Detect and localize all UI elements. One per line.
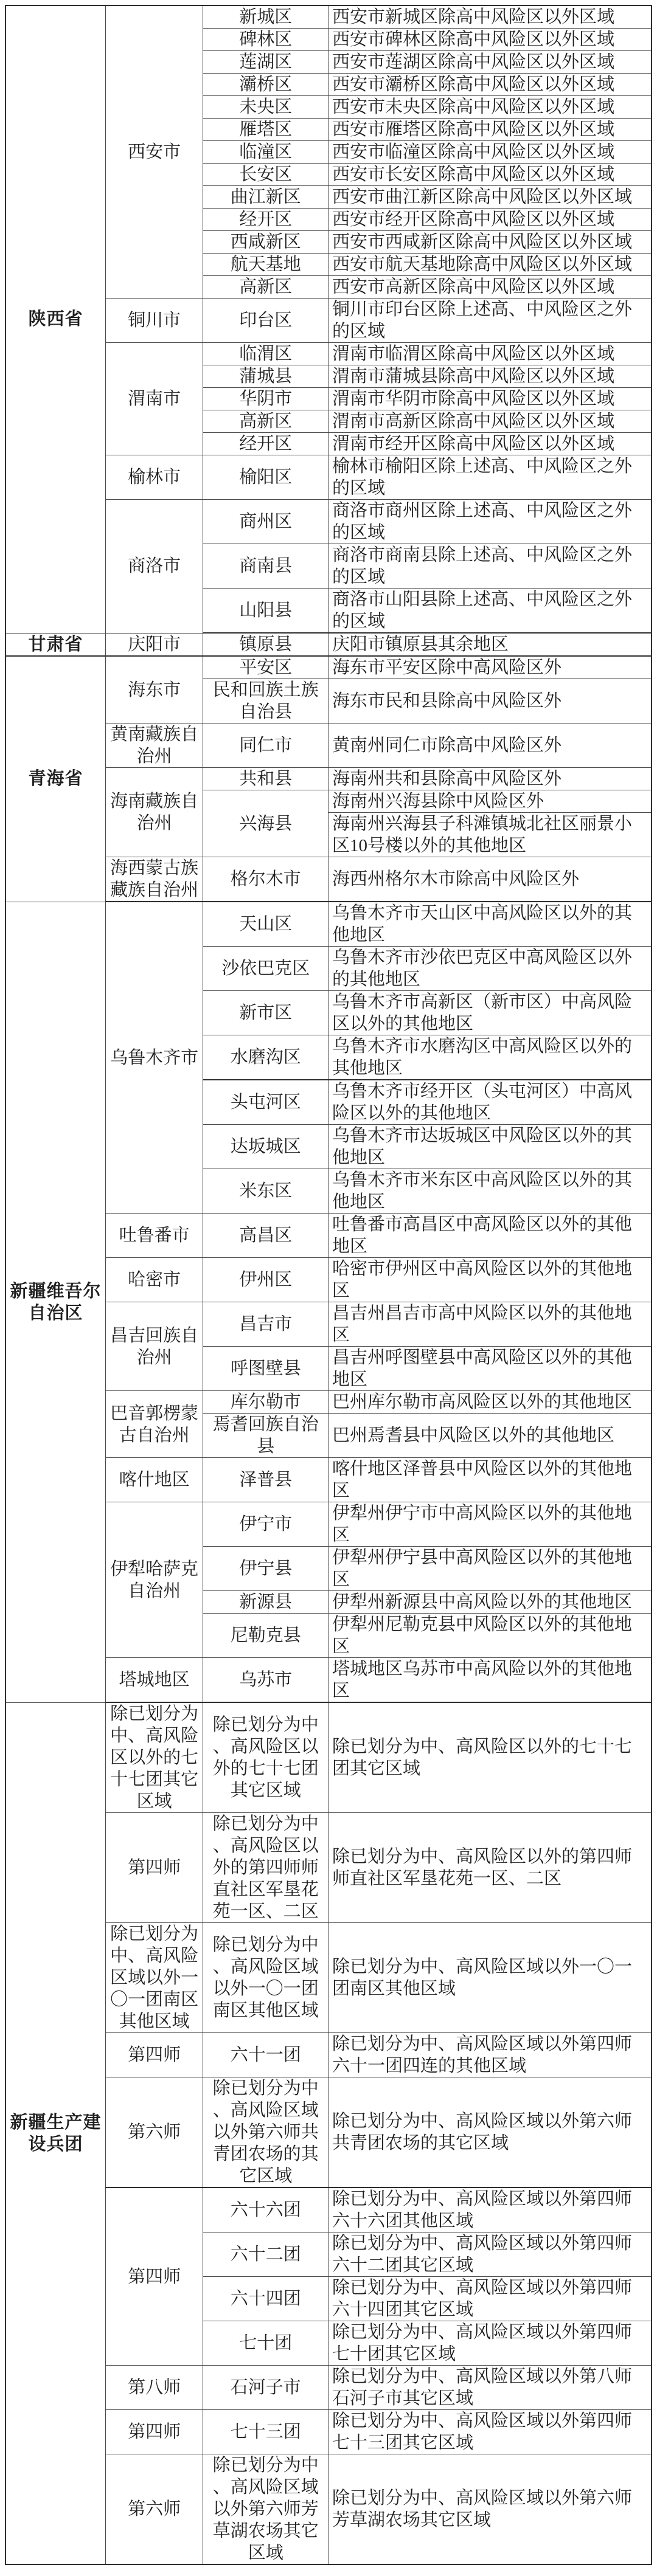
- province-cell: 甘肃省: [5, 633, 105, 656]
- district-cell: 新源县: [203, 1591, 328, 1614]
- city-cell: 海西蒙古族藏族自治州: [105, 857, 203, 902]
- desc-cell: 除已划分为中、高风险区域以外第四师六十四团其它区域: [328, 2277, 652, 2321]
- desc-cell: 西安市长安区除高中风险区以外区域: [328, 164, 652, 186]
- district-cell: 高新区: [203, 276, 328, 299]
- desc-cell: 渭南市华阴市除高中风险区以外区域: [328, 388, 652, 410]
- district-cell: 伊宁县: [203, 1547, 328, 1591]
- desc-cell: 伊犁州尼勒克县中风险区以外的其他地区: [328, 1614, 652, 1658]
- desc-cell: 除已划分为中、高风险区域以外第四师七十三团其它区域: [328, 2410, 652, 2454]
- city-cell: 海东市: [105, 656, 203, 723]
- district-cell: 蒲城县: [203, 365, 328, 388]
- district-cell: 曲江新区: [203, 186, 328, 209]
- desc-cell: 除已划分为中、高风险区域以外第四师六十一团四连的其他区域: [328, 2033, 652, 2077]
- district-cell: 呼图壁县: [203, 1347, 328, 1391]
- district-cell: 未央区: [203, 96, 328, 119]
- desc-cell: 除已划分为中、高风险区域以外第六师共青团农场的其它区域: [328, 2077, 652, 2188]
- district-cell: 昌吉市: [203, 1302, 328, 1347]
- city-cell: 昌吉回族自治州: [105, 1302, 203, 1391]
- district-cell: 雁塔区: [203, 119, 328, 141]
- desc-cell: 西安市高新区除高中风险区以外区域: [328, 276, 652, 299]
- city-cell: 庆阳市: [105, 633, 203, 656]
- desc-cell: 西安市未央区除高中风险区以外区域: [328, 96, 652, 119]
- district-cell: 商州区: [203, 500, 328, 544]
- desc-cell: 巴州焉耆县中风险区以外的其他地区: [328, 1414, 652, 1458]
- city-cell: 第六师: [105, 2077, 203, 2188]
- desc-cell: 除已划分为中、高风险区以外的七十七团其它区域: [328, 1702, 652, 1813]
- desc-cell: 渭南市高新区除高中风险区以外区域: [328, 410, 652, 433]
- city-cell: 吐鲁番市: [105, 1214, 203, 1258]
- city-cell: 第八师: [105, 2366, 203, 2410]
- district-cell: 六十一团: [203, 2033, 328, 2077]
- desc-cell: 海南州兴海县子科滩镇城北社区丽景小区10号楼以外的其他地区: [328, 813, 652, 857]
- district-cell: 库尔勒市: [203, 1391, 328, 1414]
- district-cell: 莲湖区: [203, 51, 328, 74]
- desc-cell: 伊犁州新源县中高风险以外的其他地区: [328, 1591, 652, 1614]
- desc-cell: 西安市莲湖区除高中风险区以外区域: [328, 51, 652, 74]
- city-cell: 塔城地区: [105, 1658, 203, 1703]
- table-row: 陕西省西安市新城区西安市新城区除高中风险区以外区域: [5, 5, 652, 29]
- district-cell: 航天基地: [203, 254, 328, 276]
- desc-cell: 海东市民和县除高中风险区外: [328, 679, 652, 723]
- desc-cell: 庆阳市镇原县其余地区: [328, 633, 652, 656]
- risk-area-table: 陕西省西安市新城区西安市新城区除高中风险区以外区域碑林区西安市碑林区除高中风险区…: [5, 5, 652, 2565]
- city-cell: 伊犁哈萨克自治州: [105, 1502, 203, 1658]
- district-cell: 同仁市: [203, 723, 328, 768]
- district-cell: 印台区: [203, 299, 328, 343]
- desc-cell: 海东市平安区除中高风险区外: [328, 656, 652, 679]
- desc-cell: 海西州格尔木市除高中风险区外: [328, 857, 652, 902]
- city-cell: 喀什地区: [105, 1458, 203, 1502]
- district-cell: 除已划分为中、高风险区域以外一〇一团南区其他区域: [203, 1923, 328, 2033]
- desc-cell: 渭南市蒲城县除高中风险区以外区域: [328, 365, 652, 388]
- desc-cell: 伊犁州伊宁县中高风险区以外的其他地区: [328, 1547, 652, 1591]
- district-cell: 达坂城区: [203, 1125, 328, 1169]
- desc-cell: 除已划分为中、高风险区域以外第四师六十六团其他区域: [328, 2188, 652, 2232]
- district-cell: 共和县: [203, 768, 328, 790]
- district-cell: 除已划分为中、高风险区域以外第六师共青团农场的其它区域: [203, 2077, 328, 2188]
- desc-cell: 海南州共和县除高中风险区外: [328, 768, 652, 790]
- desc-cell: 塔城地区乌苏市中高风险以外的其他地区: [328, 1658, 652, 1703]
- table-body: 陕西省西安市新城区西安市新城区除高中风险区以外区域碑林区西安市碑林区除高中风险区…: [5, 5, 652, 2564]
- city-cell: 榆林市: [105, 455, 203, 500]
- desc-cell: 昌吉州呼图壁县中高风险区以外的其他地区: [328, 1347, 652, 1391]
- desc-cell: 西安市曲江新区除高中风险区以外区域: [328, 186, 652, 209]
- desc-cell: 渭南市经开区除高中风险区以外区域: [328, 433, 652, 455]
- district-cell: 高昌区: [203, 1214, 328, 1258]
- table-row: 甘肃省庆阳市镇原县庆阳市镇原县其余地区: [5, 633, 652, 656]
- district-cell: 伊宁市: [203, 1502, 328, 1547]
- table-row: 新疆维吾尔自治区乌鲁木齐市天山区乌鲁木齐市天山区中高风险区以外的其他地区: [5, 902, 652, 947]
- district-cell: 山阳县: [203, 589, 328, 634]
- desc-cell: 除已划分为中、高风险区域以外第八师石河子市其它区域: [328, 2366, 652, 2410]
- district-cell: 石河子市: [203, 2366, 328, 2410]
- province-cell: 青海省: [5, 656, 105, 902]
- district-cell: 沙依巴克区: [203, 947, 328, 991]
- district-cell: 水磨沟区: [203, 1035, 328, 1080]
- district-cell: 榆阳区: [203, 455, 328, 500]
- city-cell: 铜川市: [105, 299, 203, 343]
- district-cell: 临潼区: [203, 141, 328, 164]
- district-cell: 镇原县: [203, 633, 328, 656]
- district-cell: 高新区: [203, 410, 328, 433]
- desc-cell: 西安市雁塔区除高中风险区以外区域: [328, 119, 652, 141]
- district-cell: 碑林区: [203, 29, 328, 51]
- district-cell: 西咸新区: [203, 231, 328, 254]
- desc-cell: 榆林市榆阳区除上述高、中风险区之外的区域: [328, 455, 652, 500]
- city-cell: 第四师: [105, 1813, 203, 1923]
- desc-cell: 乌鲁木齐市米东区中高风险区以外的其他地区: [328, 1169, 652, 1214]
- district-cell: 尼勒克县: [203, 1614, 328, 1658]
- city-cell: 第六师: [105, 2454, 203, 2565]
- city-cell: 巴音郭楞蒙古自治州: [105, 1391, 203, 1458]
- city-cell: 除已划分为中、高风险区域以外一〇一团南区其他区域: [105, 1923, 203, 2033]
- desc-cell: 乌鲁木齐市水磨沟区中高风险区以外的其他地区: [328, 1035, 652, 1080]
- desc-cell: 除已划分为中、高风险区以外的第四师师直社区军垦花苑一区、二区: [328, 1813, 652, 1923]
- desc-cell: 西安市灞桥区除高中风险区以外区域: [328, 74, 652, 96]
- city-cell: 哈密市: [105, 1258, 203, 1302]
- desc-cell: 伊犁州伊宁市中高风险区以外的其他地区: [328, 1502, 652, 1547]
- desc-cell: 乌鲁木齐市高新区（新市区）中高风险区以外的其他地区: [328, 991, 652, 1035]
- province-cell: 陕西省: [5, 5, 105, 633]
- desc-cell: 昌吉州昌吉市高中风险区以外的其他地区: [328, 1302, 652, 1347]
- district-cell: 平安区: [203, 656, 328, 679]
- desc-cell: 西安市经开区除高中风险区以外区域: [328, 209, 652, 231]
- district-cell: 头屯河区: [203, 1080, 328, 1125]
- desc-cell: 乌鲁木齐市经开区（头屯河区）中高风险区以外的其他地区: [328, 1080, 652, 1125]
- district-cell: 新市区: [203, 991, 328, 1035]
- city-cell: 第四师: [105, 2410, 203, 2454]
- district-cell: 经开区: [203, 433, 328, 455]
- desc-cell: 西安市西咸新区除高中风险区以外区域: [328, 231, 652, 254]
- district-cell: 伊州区: [203, 1258, 328, 1302]
- district-cell: 天山区: [203, 902, 328, 947]
- desc-cell: 西安市新城区除高中风险区以外区域: [328, 5, 652, 29]
- desc-cell: 除已划分为中、高风险区域以外第四师六十二团其它区域: [328, 2232, 652, 2277]
- district-cell: 六十四团: [203, 2277, 328, 2321]
- district-cell: 灞桥区: [203, 74, 328, 96]
- city-cell: 西安市: [105, 5, 203, 299]
- desc-cell: 除已划分为中、高风险区域以外第四师七十团其它区域: [328, 2321, 652, 2366]
- desc-cell: 商洛市山阳县除上述高、中风险区之外的区域: [328, 589, 652, 634]
- table-row: 新疆生产建设兵团除已划分为中、高风险区以外的七十七团其它区域除已划分为中、高风险…: [5, 1702, 652, 1813]
- desc-cell: 西安市临潼区除高中风险区以外区域: [328, 141, 652, 164]
- desc-cell: 铜川市印台区除上述高、中风险区之外的区域: [328, 299, 652, 343]
- city-cell: 第四师: [105, 2188, 203, 2366]
- district-cell: 经开区: [203, 209, 328, 231]
- district-cell: 泽普县: [203, 1458, 328, 1502]
- city-cell: 除已划分为中、高风险区以外的七十七团其它区域: [105, 1702, 203, 1813]
- district-cell: 乌苏市: [203, 1658, 328, 1703]
- desc-cell: 乌鲁木齐市达坂城区中风险区以外的其他地区: [328, 1125, 652, 1169]
- district-cell: 米东区: [203, 1169, 328, 1214]
- desc-cell: 哈密市伊州区中高风险区以外的其他地区: [328, 1258, 652, 1302]
- district-cell: 除已划分为中、高风险区以外的七十七团其它区域: [203, 1702, 328, 1813]
- desc-cell: 吐鲁番市高昌区中高风险区以外的其他地区: [328, 1214, 652, 1258]
- desc-cell: 西安市航天基地除高中风险区以外区域: [328, 254, 652, 276]
- desc-cell: 乌鲁木齐市天山区中高风险区以外的其他地区: [328, 902, 652, 947]
- table-row: 青海省海东市平安区海东市平安区除中高风险区外: [5, 656, 652, 679]
- city-cell: 海南藏族自治州: [105, 768, 203, 857]
- district-cell: 长安区: [203, 164, 328, 186]
- desc-cell: 乌鲁木齐市沙依巴克区中高风险区以外的其他地区: [328, 947, 652, 991]
- district-cell: 六十二团: [203, 2232, 328, 2277]
- district-cell: 临渭区: [203, 343, 328, 365]
- desc-cell: 巴州库尔勒市高风险区以外的其他地区: [328, 1391, 652, 1414]
- city-cell: 乌鲁木齐市: [105, 902, 203, 1214]
- province-cell: 新疆维吾尔自治区: [5, 902, 105, 1702]
- district-cell: 焉耆回族自治县: [203, 1414, 328, 1458]
- province-cell: 新疆生产建设兵团: [5, 1702, 105, 2564]
- district-cell: 七十团: [203, 2321, 328, 2366]
- district-cell: 除已划分为中、高风险区域以外第六师芳草湖农场其它区域: [203, 2454, 328, 2565]
- district-cell: 兴海县: [203, 790, 328, 857]
- desc-cell: 商洛市商南县除上述高、中风险区之外的区域: [328, 544, 652, 589]
- district-cell: 新城区: [203, 5, 328, 29]
- desc-cell: 海南州兴海县除中风险区外: [328, 790, 652, 813]
- desc-cell: 渭南市临渭区除高中风险区以外区域: [328, 343, 652, 365]
- district-cell: 格尔木市: [203, 857, 328, 902]
- desc-cell: 除已划分为中、高风险区域以外一〇一团南区其他区域: [328, 1923, 652, 2033]
- district-cell: 民和回族土族自治县: [203, 679, 328, 723]
- desc-cell: 西安市碑林区除高中风险区以外区域: [328, 29, 652, 51]
- city-cell: 渭南市: [105, 343, 203, 455]
- city-cell: 黄南藏族自治州: [105, 723, 203, 768]
- document-page: 陕西省西安市新城区西安市新城区除高中风险区以外区域碑林区西安市碑林区除高中风险区…: [0, 0, 657, 2576]
- city-cell: 商洛市: [105, 500, 203, 634]
- district-cell: 华阴市: [203, 388, 328, 410]
- desc-cell: 喀什地区泽普县中风险区以外的其他地区: [328, 1458, 652, 1502]
- district-cell: 商南县: [203, 544, 328, 589]
- district-cell: 七十三团: [203, 2410, 328, 2454]
- desc-cell: 除已划分为中、高风险区域以外第六师芳草湖农场其它区域: [328, 2454, 652, 2565]
- desc-cell: 商洛市商州区除上述高、中风险区之外的区域: [328, 500, 652, 544]
- district-cell: 六十六团: [203, 2188, 328, 2232]
- desc-cell: 黄南州同仁市除高中风险区外: [328, 723, 652, 768]
- city-cell: 第四师: [105, 2033, 203, 2077]
- district-cell: 除已划分为中、高风险区以外的第四师师直社区军垦花苑一区、二区: [203, 1813, 328, 1923]
